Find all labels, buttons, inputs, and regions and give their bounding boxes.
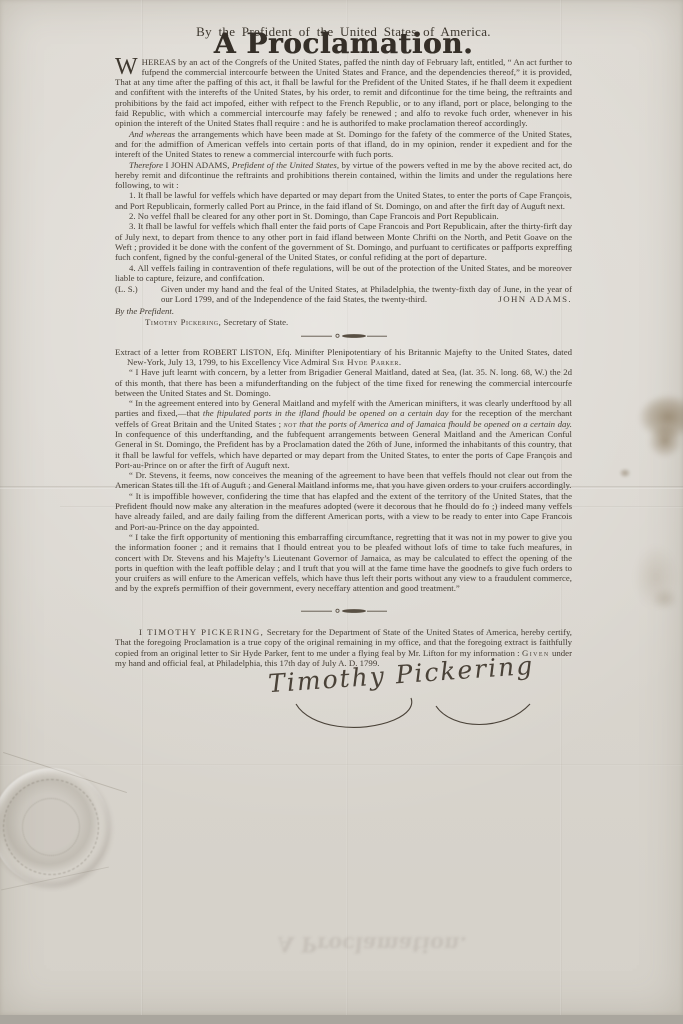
extract-paragraph-1: “ I Have juft learnt with concern, by a … xyxy=(115,367,572,398)
extract-paragraph-2: “ In the agreement entered into by Gener… xyxy=(115,398,572,470)
and-whereas-paragraph: And whereas the arrangements which have … xyxy=(115,129,572,160)
extract-p2-text: In confequence of this underftanding, an… xyxy=(115,429,572,470)
attestation-block: (L. S.) Given under my hand and the feal… xyxy=(115,284,572,305)
by-the-president-line: By the Prefident. xyxy=(115,306,572,316)
paper-stain xyxy=(634,545,678,609)
embossed-seal xyxy=(0,768,110,886)
signer-john-adams: JOHN ADAMS. xyxy=(498,294,572,304)
extract-paragraph-3: “ Dr. Stevens, it feems, now conceives t… xyxy=(115,470,572,491)
ink-stain xyxy=(638,394,683,440)
secretary-line: Timothy Pickering, Secretary of State. xyxy=(145,317,572,327)
paper-stain xyxy=(652,588,678,610)
secretary-title: Secretary of State. xyxy=(221,317,288,327)
secretary-name: Timothy Pickering, xyxy=(145,317,221,327)
attestation-text-block: Given under my hand and the feal of the … xyxy=(161,284,572,305)
seal-abbreviation: (L. S.) xyxy=(115,284,161,305)
ornament-rule-icon xyxy=(299,607,389,615)
extract-paragraph-4: “ It is impoffible however, confidering … xyxy=(115,491,572,532)
paper-sheet: A Proclamation. By the Prefident of the … xyxy=(0,0,683,1015)
ornament-rule-icon xyxy=(299,332,389,340)
certifier-name: I TIMOTHY PICKERING, xyxy=(139,627,264,637)
article-3: 3. It fhall be lawful for veffels which … xyxy=(115,221,572,262)
and-whereas-lead: And whereas xyxy=(129,129,175,139)
horizontal-fold-line xyxy=(0,764,683,766)
ink-stain xyxy=(648,424,682,458)
ornament-divider xyxy=(115,607,572,617)
document-body: By the Prefident of the United States of… xyxy=(115,27,572,742)
whereas-text: HEREAS by an act of the Congrefs of the … xyxy=(115,57,572,129)
extract-p2-italic: that the ports of America and of Jamaica… xyxy=(297,419,572,429)
dropcap-w: W xyxy=(115,57,142,77)
article-2: 2. No veffel fhall be cleared for any ot… xyxy=(115,211,572,221)
whereas-paragraph: WHEREAS by an act of the Congrefs of the… xyxy=(115,57,572,129)
extract-p2-not: not xyxy=(284,419,297,429)
ink-stain xyxy=(619,468,631,478)
therefore-paragraph: Therefore I JOHN ADAMS, Prefident of the… xyxy=(115,160,572,191)
and-whereas-text: the arrangements which have been made at… xyxy=(115,129,572,160)
president-name: I JOHN ADAMS, xyxy=(163,160,232,170)
article-1: 1. It fhall be lawful for veffels which … xyxy=(115,190,572,211)
signature-block: Timothy Pickering xyxy=(115,670,572,742)
extract-heading: Extract of a letter from ROBERT LISTON, … xyxy=(115,347,572,368)
therefore-lead: Therefore xyxy=(129,160,163,170)
extract-paragraph-5: “ I take the firft opportunity of mentio… xyxy=(115,532,572,594)
ornament-divider xyxy=(115,332,572,342)
article-4: 4. All veffels failing in contravention … xyxy=(115,263,572,284)
extract-p2-italic: the ftipulated ports in the ifland fhoul… xyxy=(203,408,449,418)
signature-flourish-icon xyxy=(290,694,542,736)
ink-offset-ghost: A Proclamation. xyxy=(251,932,494,957)
extract-heading-name: Sir Hyde Parker. xyxy=(332,357,401,367)
proclamation-title: A Proclamation. xyxy=(115,39,572,49)
president-title-italic: Prefident of the United States, xyxy=(232,160,339,170)
